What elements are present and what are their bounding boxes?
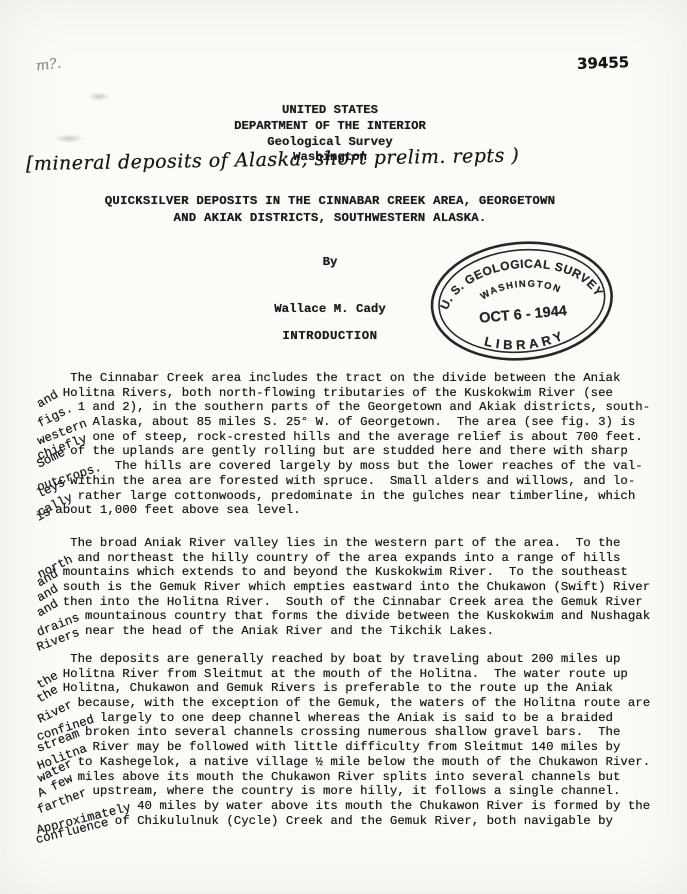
line-text: The broad Aniak River valley lies in the…	[33, 536, 620, 550]
text-line: confluence of Chikululnuk (Cycle) Creek …	[33, 814, 673, 829]
text-line: north and northeast the hilly country of…	[33, 551, 673, 566]
text-line: figs. 1 and 2), in the southern parts of…	[33, 400, 673, 415]
report-title-line2: AND AKIAK DISTRICTS, SOUTHWESTERN ALASKA…	[0, 210, 660, 227]
text-line: and south is the Gemuk River which empti…	[33, 580, 673, 595]
text-line: is about 1,000 feet above sea level.	[33, 503, 673, 518]
line-text: The Cinnabar Creek area includes the tra…	[33, 371, 620, 385]
text-line: water to Kashegelok, a native village ½ …	[33, 755, 673, 770]
paragraph-3: The deposits are generally reached by bo…	[33, 652, 673, 828]
text-line: and mountains which extends to and beyon…	[33, 565, 673, 580]
text-line: Holitna River may be followed with littl…	[33, 740, 673, 755]
line-text: then into the Holitna River. South of th…	[55, 595, 642, 609]
line-text: south is the Gemuk River which empties e…	[55, 580, 650, 594]
text-line: cally rather large cottonwoods, predomin…	[33, 489, 673, 504]
line-text: largely to one deep channel whereas the …	[93, 711, 614, 725]
text-line: The broad Aniak River valley lies in the…	[33, 536, 673, 551]
document-number: 39455	[577, 53, 630, 73]
line-text: 40 miles by water above its mouth the Ch…	[130, 799, 651, 813]
text-line: farther upstream, where the country is m…	[33, 784, 673, 799]
line-text: one of steep, rock-crested hills and the…	[85, 430, 643, 444]
text-line: Rivers near the head of the Aniak River …	[33, 624, 673, 639]
section-heading: INTRODUCTION	[0, 329, 660, 343]
paragraph-1: The Cinnabar Creek area includes the tra…	[33, 371, 673, 518]
text-line: western Alaska, about 85 miles S. 25° W.…	[33, 415, 673, 430]
svg-text:WASHINGTON: WASHINGTON	[478, 275, 564, 302]
letterhead-line: DEPARTMENT OF THE INTERIOR	[0, 119, 660, 135]
text-line: A few miles above its mouth the Chukawon…	[33, 770, 673, 785]
line-text: Holitna, Chukawon and Gemuk Rivers is pr…	[55, 681, 613, 695]
line-text: miles above its mouth the Chukawon River…	[70, 770, 620, 784]
line-text: mountains which extends to and beyond th…	[55, 565, 628, 579]
line-text: 1 and 2), in the southern parts of the G…	[70, 400, 650, 414]
text-line: and then into the Holitna River. South o…	[33, 595, 673, 610]
line-text: and northeast the hilly country of the a…	[70, 551, 620, 565]
line-text: about 1,000 feet above sea level.	[48, 503, 301, 517]
text-line: Some of the uplands are gently rolling b…	[33, 444, 673, 459]
text-line: outcrops. The hills are covered largely …	[33, 459, 673, 474]
line-text: broken into several channels crossing nu…	[78, 725, 621, 739]
text-line: chiefly one of steep, rock-crested hills…	[33, 430, 673, 445]
line-text: Holitna River from Sleitmut at the mouth…	[55, 667, 628, 681]
text-line: stream broken into several channels cros…	[33, 725, 673, 740]
author-name: Wallace M. Cady	[0, 302, 660, 316]
text-line: and Holitna Rivers, both north-flowing t…	[33, 386, 673, 401]
text-line: the Holitna, Chukawon and Gemuk Rivers i…	[33, 681, 673, 696]
line-text: rather large cottonwoods, predominate in…	[70, 489, 635, 503]
line-text: Alaska, about 85 miles S. 25° W. of Geor…	[85, 415, 635, 429]
line-text: Holitna Rivers, both north-flowing tribu…	[55, 386, 613, 400]
pencil-smudge	[88, 92, 110, 101]
line-text: mountainous country that forms the divid…	[78, 609, 651, 623]
line-text: near the head of the Aniak River and the…	[78, 624, 494, 638]
line-text: River may be followed with little diffic…	[85, 740, 620, 754]
text-line: The deposits are generally reached by bo…	[33, 652, 673, 667]
text-line: The Cinnabar Creek area includes the tra…	[33, 371, 673, 386]
paragraph-2: The broad Aniak River valley lies in the…	[33, 536, 673, 639]
line-text: because, with the exception of the Gemuk…	[70, 696, 650, 710]
line-text: upstream, where the country is more hill…	[85, 784, 620, 798]
text-line: leys within the area are forested with s…	[33, 474, 673, 489]
report-title-line1: QUICKSILVER DEPOSITS IN THE CINNABAR CRE…	[0, 193, 660, 210]
report-title: QUICKSILVER DEPOSITS IN THE CINNABAR CRE…	[0, 193, 660, 226]
line-text: The deposits are generally reached by bo…	[33, 652, 620, 666]
line-text: of the uplands are gently rolling but ar…	[63, 444, 628, 458]
stamp-city-text: WASHINGTON	[478, 275, 564, 302]
scanned-document-page: m?. 39455 UNITED STATES DEPARTMENT OF TH…	[0, 0, 687, 894]
text-line: confined largely to one deep channel whe…	[33, 711, 673, 726]
pencil-annotation: m?.	[35, 56, 62, 75]
line-text: The hills are covered largely by moss bu…	[100, 459, 643, 473]
line-text: of Chikululnuk (Cycle) Creek and the Gem…	[107, 814, 613, 828]
text-line: the Holitna River from Sleitmut at the m…	[33, 667, 673, 682]
line-text: within the area are forested with spruce…	[63, 474, 636, 488]
text-line: drains mountainous country that forms th…	[33, 609, 673, 624]
text-line: Approximately 40 miles by water above it…	[33, 799, 673, 814]
line-text: to Kashegelok, a native village ½ mile b…	[70, 755, 650, 769]
text-line: River because, with the exception of the…	[33, 696, 673, 711]
letterhead-line: UNITED STATES	[0, 103, 660, 119]
